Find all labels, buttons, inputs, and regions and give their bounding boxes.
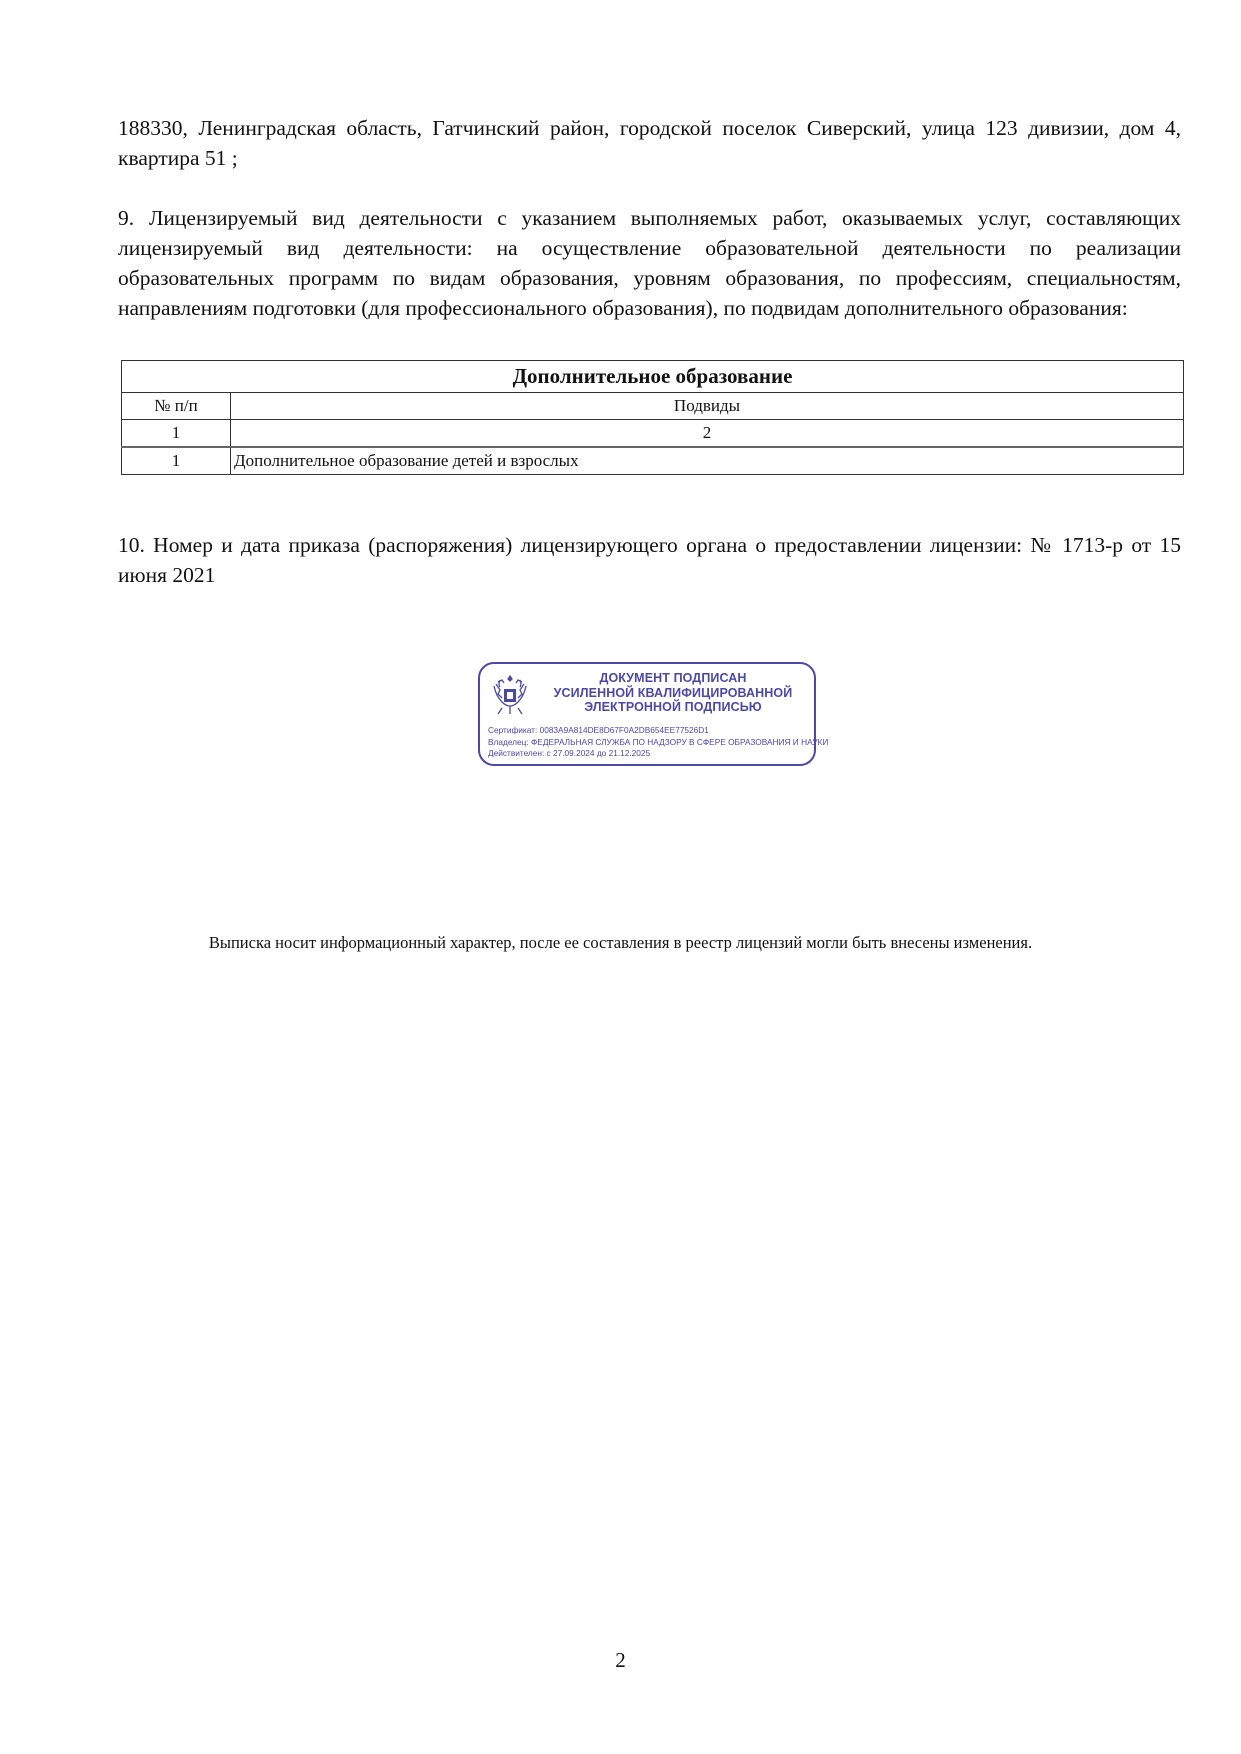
address-paragraph: 188330, Ленинградская область, Гатчински… <box>118 113 1181 173</box>
page-number: 2 <box>0 1648 1241 1673</box>
table-header-row: № п/п Подвиды <box>122 393 1184 420</box>
stamp-owner: Владелец: ФЕДЕРАЛЬНАЯ СЛУЖБА ПО НАДЗОРУ … <box>488 737 810 749</box>
table-title: Дополнительное образование <box>122 361 1184 393</box>
section-9-paragraph: 9. Лицензируемый вид деятельности с указ… <box>118 203 1181 323</box>
row-number: 1 <box>122 447 231 475</box>
row-subtype: Дополнительное образование детей и взрос… <box>231 447 1184 475</box>
stamp-line-1: ДОКУМЕНТ ПОДПИСАН <box>538 671 808 686</box>
table-column-numbers-row: 1 2 <box>122 420 1184 448</box>
column-header-number: № п/п <box>122 393 231 420</box>
table-row: 1 Дополнительное образование детей и взр… <box>122 447 1184 475</box>
footer-note: Выписка носит информационный характер, п… <box>0 933 1241 953</box>
education-subtypes-table: Дополнительное образование № п/п Подвиды… <box>121 360 1184 475</box>
stamp-details: Сертификат: 0083A9A814DE8D67F0A2DB654EE7… <box>488 725 810 760</box>
stamp-heading: ДОКУМЕНТ ПОДПИСАН УСИЛЕННОЙ КВАЛИФИЦИРОВ… <box>538 671 808 715</box>
electronic-signature-stamp: ДОКУМЕНТ ПОДПИСАН УСИЛЕННОЙ КВАЛИФИЦИРОВ… <box>478 662 816 766</box>
document-page: 188330, Ленинградская область, Гатчински… <box>0 0 1241 1754</box>
table-title-row: Дополнительное образование <box>122 361 1184 393</box>
column-number-1: 1 <box>122 420 231 448</box>
stamp-line-3: ЭЛЕКТРОННОЙ ПОДПИСЬЮ <box>538 700 808 715</box>
coat-of-arms-icon <box>490 672 530 718</box>
section-10-paragraph: 10. Номер и дата приказа (распоряжения) … <box>118 530 1181 590</box>
column-header-subtypes: Подвиды <box>231 393 1184 420</box>
stamp-line-2: УСИЛЕННОЙ КВАЛИФИЦИРОВАННОЙ <box>538 686 808 701</box>
stamp-validity: Действителен: с 27.09.2024 до 21.12.2025 <box>488 748 810 760</box>
column-number-2: 2 <box>231 420 1184 448</box>
stamp-certificate: Сертификат: 0083A9A814DE8D67F0A2DB654EE7… <box>488 725 810 737</box>
